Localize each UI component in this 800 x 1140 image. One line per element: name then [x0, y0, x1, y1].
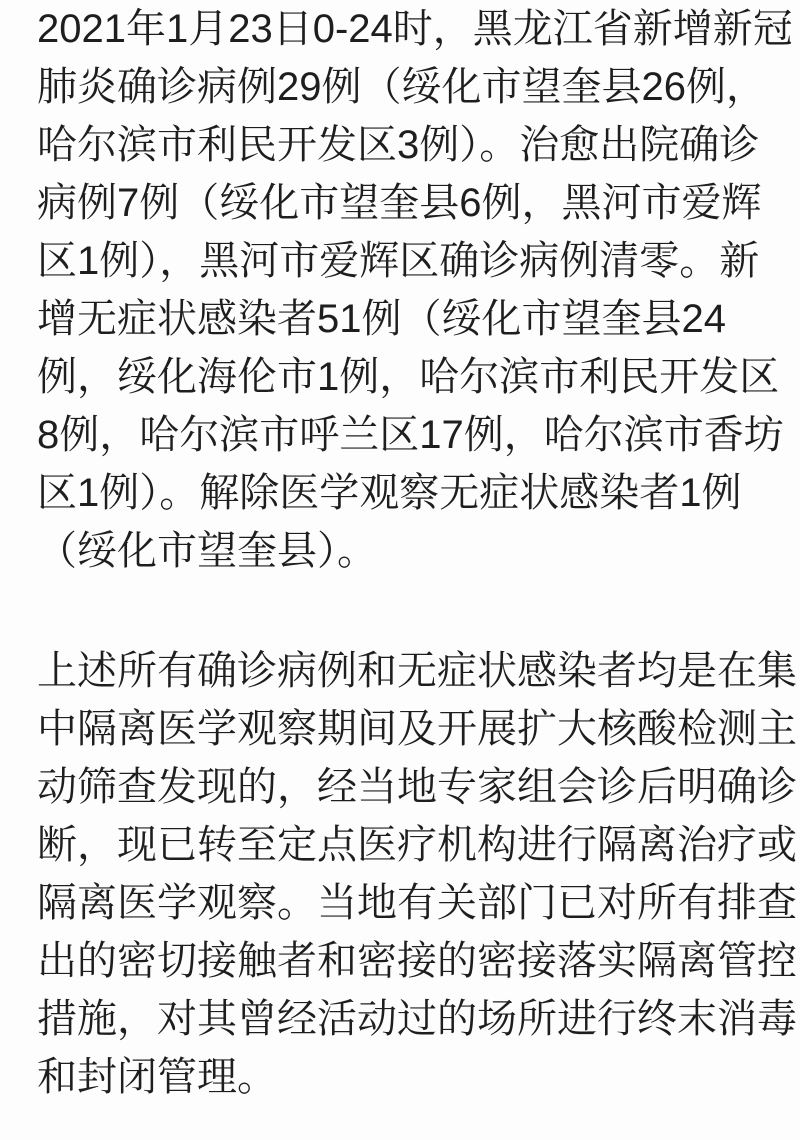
text-line: 上述所有确诊病例和无症状感染者均是在集 [37, 642, 766, 700]
text-line: 中隔离医学观察期间及开展扩大核酸检测主 [37, 700, 766, 758]
text-line: 动筛查发现的，经当地专家组会诊后明确诊 [37, 758, 766, 816]
text-line: 区1例）。解除医学观察无症状感染者1例 [37, 464, 766, 522]
text-line: 肺炎确诊病例29例（绥化市望奎县26例， [37, 58, 766, 116]
text-line: 哈尔滨市利民开发区3例）。治愈出院确诊 [37, 116, 766, 174]
text-line: 区1例），黑河市爱辉区确诊病例清零。新 [37, 232, 766, 290]
text-line: 断，现已转至定点医疗机构进行隔离治疗或 [37, 816, 766, 874]
text-line: 2021年1月23日0-24时，黑龙江省新增新冠 [37, 0, 766, 58]
text-line: 出的密切接触者和密接的密接落实隔离管控 [37, 932, 766, 990]
text-line: 病例7例（绥化市望奎县6例，黑河市爱辉 [37, 174, 766, 232]
text-line: 措施，对其曾经活动过的场所进行终末消毒 [37, 990, 766, 1048]
text-line: （绥化市望奎县）。 [37, 522, 766, 580]
text-line: 和封闭管理。 [37, 1048, 766, 1106]
paragraph-case-report: 2021年1月23日0-24时，黑龙江省新增新冠 肺炎确诊病例29例（绥化市望奎… [37, 0, 766, 580]
text-line: 隔离医学观察。当地有关部门已对所有排查 [37, 874, 766, 932]
text-line: 增无症状感染者51例（绥化市望奎县24 [37, 290, 766, 348]
paragraph-containment-measures: 上述所有确诊病例和无症状感染者均是在集 中隔离医学观察期间及开展扩大核酸检测主 … [37, 642, 766, 1106]
text-line: 例，绥化海伦市1例，哈尔滨市利民开发区 [37, 348, 766, 406]
page: { "colors": { "background": "#fdfdfd", "… [0, 0, 800, 1140]
article-body: 2021年1月23日0-24时，黑龙江省新增新冠 肺炎确诊病例29例（绥化市望奎… [0, 0, 800, 1140]
text-line: 8例，哈尔滨市呼兰区17例，哈尔滨市香坊 [37, 406, 766, 464]
